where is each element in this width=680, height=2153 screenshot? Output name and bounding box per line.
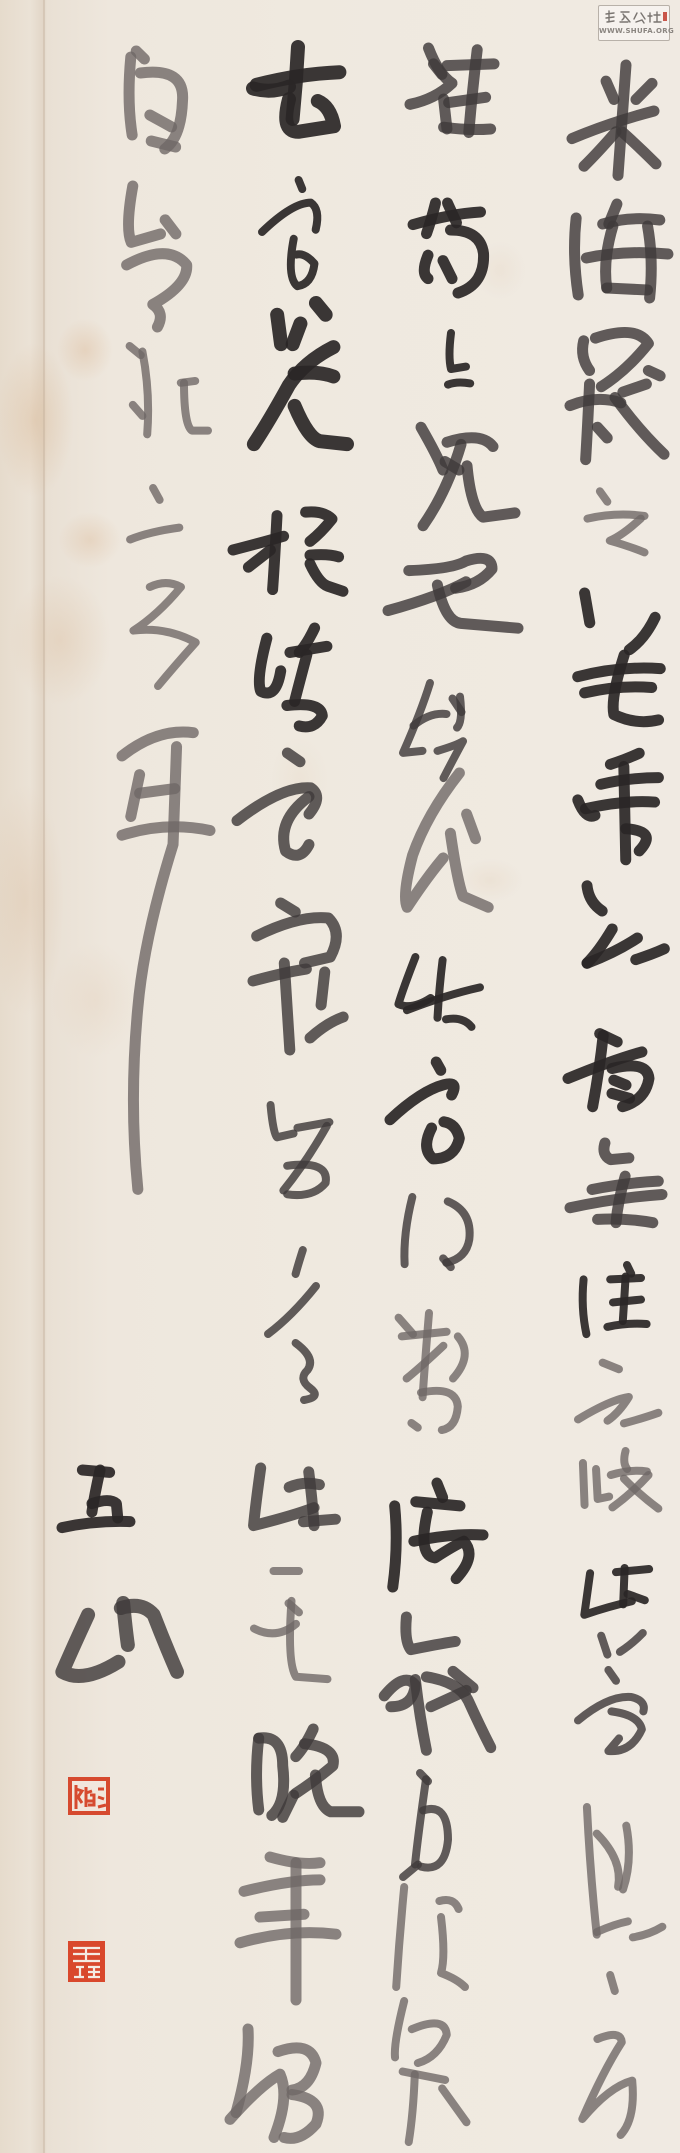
char-col3-7: 最 [253,903,345,1053]
char-col2-12: 海 [387,1483,483,1587]
char-text: 年 [240,1857,340,2000]
char-text: 集 [392,2001,468,2142]
char-col3-13: 年 [240,1857,340,2000]
watermark-title: 書藝公社 [604,10,662,24]
char-col1-6: 垂 [572,751,668,862]
char-text: 海 [568,200,670,300]
char-text: 蓋 [250,303,347,450]
char-col3-4: 於 [233,507,343,593]
char-col2-6: 然 [400,683,475,780]
char-text: 結 [253,628,330,730]
signature-char-1: 五 [62,1470,130,1530]
char-text: 意 [268,1250,328,1400]
char-text: 最 [253,903,345,1053]
char-col1-15: 字 [578,1670,654,1760]
char-col2-7: 須 [400,773,490,910]
char-text: 字 [237,753,327,862]
char-text: 縮 [568,1027,656,1110]
char-text: 等 [413,203,488,293]
char-col1-2: 海 [568,200,670,300]
char-col4-2: 出 [122,186,199,327]
char-text: 無 [570,1143,662,1226]
char-text: 五 [62,1470,130,1530]
char-col3-9: 意 [268,1250,328,1400]
char-text: 字 [390,1060,467,1163]
char-text: 不 [578,1360,660,1426]
char-col1-16: 真 [582,1807,664,1940]
char-col2-5: 也 [388,553,518,633]
char-col2-9: 字 [390,1060,467,1163]
char-text: 書 [585,490,647,555]
char-text: 無 [576,593,662,728]
char-col3-6: 字 [237,753,327,862]
mount-fold-line [43,0,45,2153]
char-col3-11: 其 [254,1571,329,1686]
char-text: 此 [580,1568,652,1620]
char-text: 新 [128,346,208,438]
char-text: 須 [400,773,490,910]
char-text: 出 [122,186,199,327]
char-col3-10: 比 [250,1468,339,1532]
char-col1-8: 縮 [568,1027,656,1110]
char-text: 得 [400,1197,477,1270]
char-text: 往 [578,1265,648,1337]
char-col1-10: 往 [578,1265,648,1337]
char-col3-8: 留 [268,1105,332,1200]
char-text: 其 [254,1571,329,1686]
char-text: 嶽 [382,1617,493,1753]
char-col1-13: 此 [580,1568,652,1620]
char-text: 言 [580,1975,638,2135]
char-col1-11: 不 [578,1360,660,1426]
char-text: 勢 [397,1313,477,1430]
char-col2-10: 得 [400,1197,477,1270]
watermark-title-text: 書藝公社 [604,10,662,24]
char-text: 古 [253,47,343,137]
char-col2-13: 嶽 [382,1617,493,1753]
char-text: 々 [442,333,472,393]
char-text: 海 [387,1483,483,1587]
char-col1-7: 不 [582,884,666,974]
char-text: 字 [262,180,323,293]
char-col2-1: 無 [410,48,494,136]
char-text: 字 [578,1670,654,1760]
char-text: 不 [582,884,666,974]
char-col2-3: 々 [442,333,472,393]
char-col2-14: 自 [403,1773,453,1877]
watermark-url: WWW.SHUFA.ORG [599,27,669,35]
char-col1-14: 八 [596,1633,648,1660]
char-text: 結 [395,957,480,1033]
char-col1-5: 無 [576,593,662,728]
char-col2-4: 咒 [417,423,517,530]
char-text: 於 [233,507,343,593]
seal-1-icon [68,1777,110,1815]
artist-seal-2 [68,1941,105,1982]
signature-char-2: 山 [60,1603,177,1687]
char-text: 八 [596,1633,648,1660]
char-col2-15: 謂 [393,1887,473,1987]
char-col2-2: 等 [413,203,488,293]
char-text: 始 [230,2029,330,2142]
char-col3-3: 蓋 [250,303,347,450]
char-col1-4: 書 [585,490,647,555]
char-col3-12: 晚 [250,1729,359,1821]
char-text: 留 [268,1105,332,1200]
char-col1-17: 言 [580,1975,638,2135]
char-text: 比 [250,1468,339,1532]
char-text: 無 [410,48,494,136]
char-col1-3: 嶽 [568,330,666,465]
char-text: 自 [124,51,192,151]
char-col3-14: 始 [230,2029,330,2142]
watermark-seal-icon [663,12,667,21]
char-col3-1: 古 [253,47,343,137]
char-text: 收 [578,1451,660,1511]
char-text: 謂 [393,1887,473,1987]
char-text: 自 [403,1773,453,1877]
artist-seal-1 [68,1777,110,1815]
char-col4-5: 耳 [122,728,210,1194]
char-col4-3: 新 [128,346,208,438]
char-text: 耳 [122,728,210,1194]
char-text: 意 [117,488,199,686]
char-col1-1: 米 [570,65,670,180]
char-text: 真 [582,1807,664,1940]
char-col4-1: 自 [124,51,192,151]
char-col3-5: 結 [253,628,330,730]
char-text: 嶽 [568,330,666,465]
seal-2-icon [68,1941,105,1982]
char-text: 然 [400,683,475,780]
char-col3-2: 字 [262,180,323,293]
char-col1-9: 無 [570,1143,662,1226]
char-col1-12: 收 [578,1451,660,1511]
char-text: 咒 [417,423,517,530]
char-text: 山 [60,1603,177,1687]
char-col2-11: 勢 [397,1313,477,1430]
char-col2-8: 結 [395,957,480,1033]
char-text: 也 [388,553,518,633]
char-col2-16: 集 [392,2001,468,2142]
char-text: 晚 [250,1729,359,1821]
char-text: 垂 [572,751,668,862]
char-col4-4: 意 [117,488,199,686]
char-text: 米 [570,65,670,180]
watermark-badge: 書藝公社 WWW.SHUFA.ORG [598,5,670,41]
